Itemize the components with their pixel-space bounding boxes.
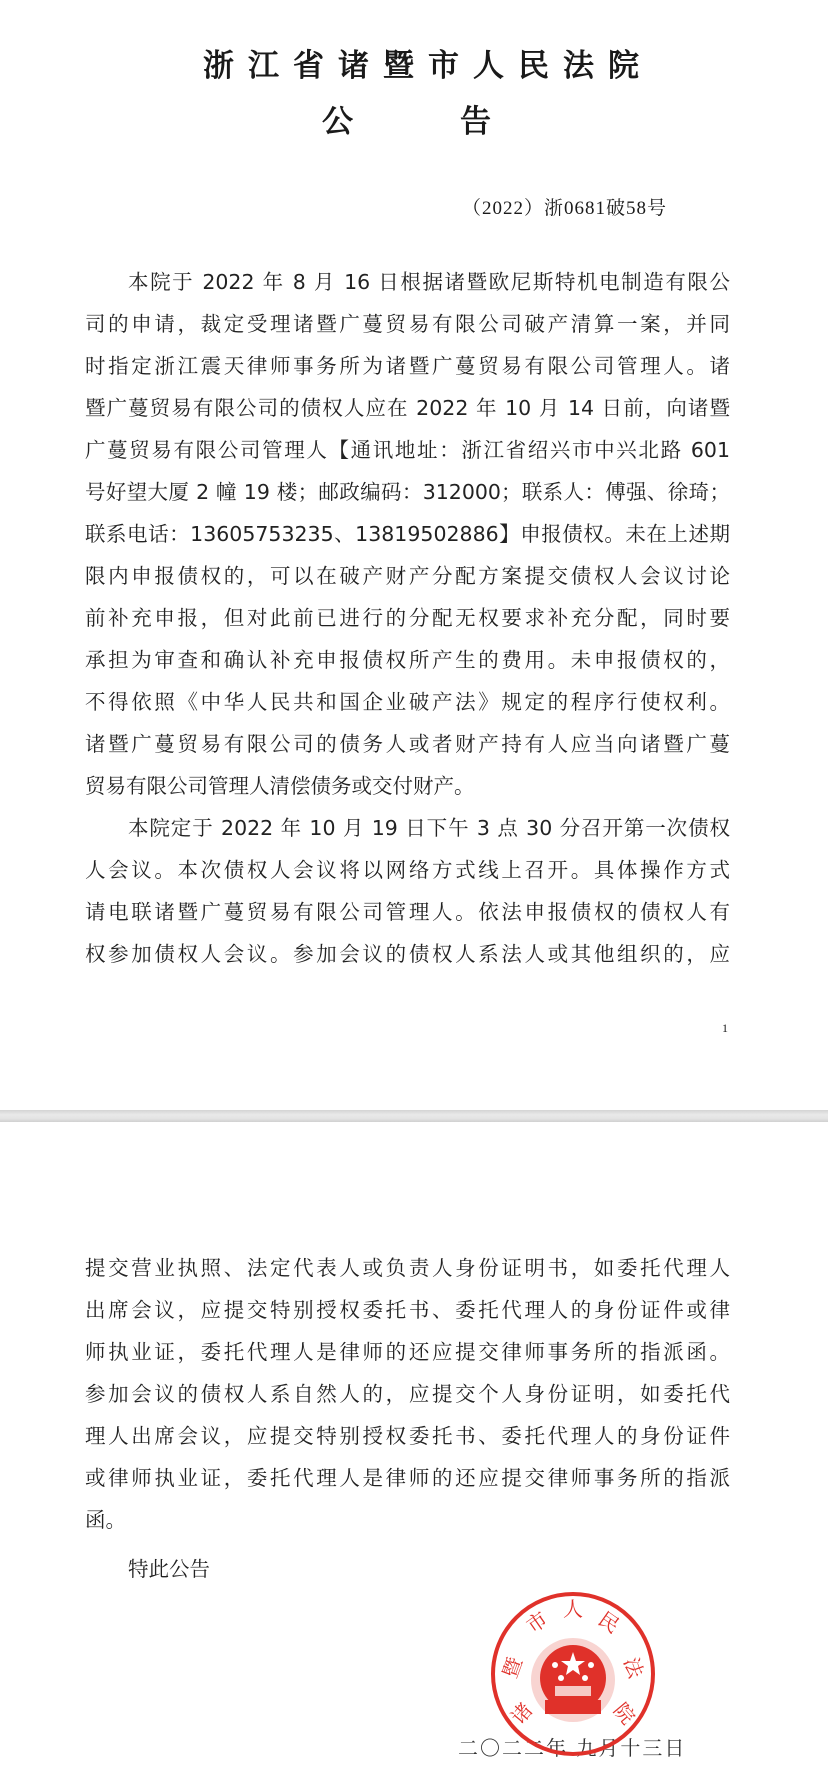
body-line: 或律师执业证，委托代理人是律师的还应提交律师事务所的指派 (85, 1464, 730, 1492)
body-line: 限内申报债权的，可以在破产财产分配方案提交债权人会议讨论 (85, 562, 730, 590)
body-line: 本院定于 2022 年 10 月 19 日下午 3 点 30 分召开第一次债权 (128, 814, 730, 842)
page-number: 1 (722, 1021, 728, 1036)
body-line: 参加会议的债权人系自然人的，应提交个人身份证明，如委托代 (85, 1380, 730, 1408)
court-seal-icon: 诸 暨 市 人 民 法 院 (489, 1590, 657, 1758)
doc-type-left: 公 (322, 96, 353, 141)
document-page-1: 浙江省诸暨市人民法院 公 告 （2022）浙0681破58号 本院于 2022 … (0, 0, 828, 1110)
body-line: 广蔓贸易有限公司管理人【通讯地址：浙江省绍兴市中兴北路 601 (85, 436, 730, 464)
body-line: 提交营业执照、法定代表人或负责人身份证明书，如委托代理人 (85, 1254, 730, 1282)
body-line: 请电联诸暨广蔓贸易有限公司管理人。依法申报债权的债权人有 (85, 898, 730, 926)
body-line: 贸易有限公司管理人清偿债务或交付财产。 (85, 772, 730, 800)
body-line: 理人出席会议，应提交特别授权委托书、委托代理人的身份证件 (85, 1422, 730, 1450)
svg-text:人: 人 (563, 1597, 583, 1621)
svg-text:法: 法 (619, 1654, 649, 1682)
body-line: 司的申请，裁定受理诸暨广蔓贸易有限公司破产清算一案，并同 (85, 310, 730, 338)
svg-text:暨: 暨 (498, 1654, 527, 1681)
body-line: 不得依照《中华人民共和国企业破产法》规定的程序行使权利。 (85, 688, 730, 716)
body-line: 时指定浙江震天律师事务所为诸暨广蔓贸易有限公司管理人。诸 (85, 352, 730, 380)
body-line: 人会议。本次债权人会议将以网络方式线上召开。具体操作方式 (85, 856, 730, 884)
body-line: 号好望大厦 2 幢 19 楼；邮政编码：312000；联系人：傅强、徐琦； (85, 478, 730, 506)
body-line: 承担为审查和确认补充申报债权所产生的费用。未申报债权的， (85, 646, 730, 674)
court-name-title: 浙江省诸暨市人民法院 (0, 40, 828, 85)
body-line: 前补充申报，但对此前已进行的分配无权要求补充分配，同时要 (85, 604, 730, 632)
body-line: 诸暨广蔓贸易有限公司的债务人或者财产持有人应当向诸暨广蔓 (85, 730, 730, 758)
page-separator (0, 1110, 828, 1122)
body-line: 联系电话：13605753235、13819502886】申报债权。未在上述期 (85, 520, 730, 548)
document-page-2 (0, 1122, 828, 1792)
body-line: 出席会议，应提交特别授权委托书、委托代理人的身份证件或律 (85, 1296, 730, 1324)
body-line: 师执业证，委托代理人是律师的还应提交律师事务所的指派函。 (85, 1338, 730, 1366)
doc-type-right: 告 (460, 96, 491, 141)
body-line: 本院于 2022 年 8 月 16 日根据诸暨欧尼斯特机电制造有限公 (128, 268, 730, 296)
body-line: 函。 (85, 1506, 730, 1534)
closing-statement: 特此公告 (128, 1552, 210, 1582)
body-line: 权参加债权人会议。参加会议的债权人系法人或其他组织的，应 (85, 940, 730, 968)
case-number: （2022）浙0681破58号 (462, 193, 667, 220)
body-line: 暨广蔓贸易有限公司的债权人应在 2022 年 10 月 14 日前，向诸暨 (85, 394, 730, 422)
